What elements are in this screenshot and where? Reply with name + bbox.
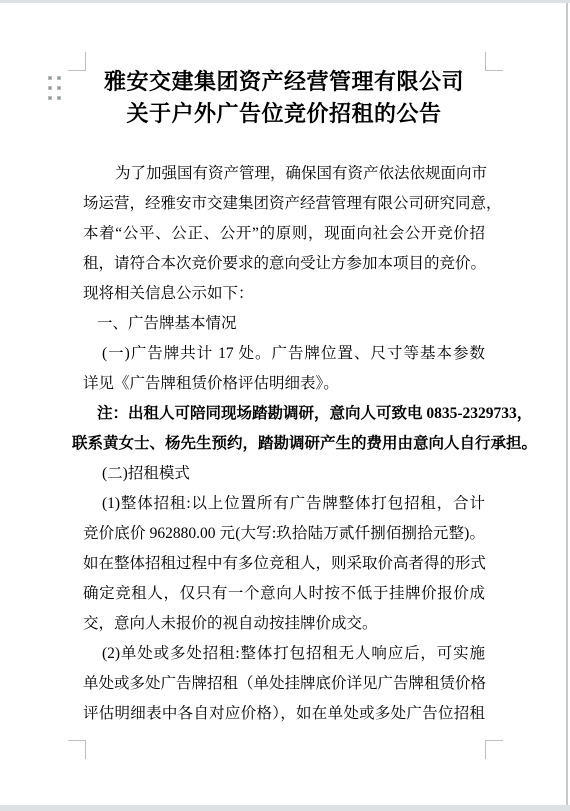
document-line: 一、广告牌基本情况 [83,309,485,339]
document-line: 如在整体招租过程中有多位竞租人，则采取价高者得的形式 [83,549,485,579]
document-line: 详见《广告牌租赁价格评估明细表》。 [83,369,485,399]
document-line: 为了加强国有资产管理，确保国有资产依法依规面向市 [83,159,485,189]
document-line: (1)整体招租:以上位置所有广告牌整体打包招租，合计 [83,489,485,519]
dot [57,76,61,80]
dot-row [48,96,62,100]
text-boundary-mark-bottom-right [485,740,503,759]
document-line: 评估明细表中各自对应价格），如在单处或多处广告位招租 [83,699,485,729]
document-line: 租，请符合本次竞价要求的意向受让方参加本项目的竞价。 [83,249,485,279]
document-title-line-2: 关于户外广告位竞价招租的公告 [83,98,485,130]
document-body: 为了加强国有资产管理，确保国有资产依法依规面向市场运营，经雅安市交建集团资产经营… [83,159,485,729]
dot [48,96,52,100]
dot-row [48,76,62,80]
page-edge-line [566,3,568,805]
app-background-top [0,0,570,3]
document-line: 本着“公平、公正、公开”的原则，现面向社会公开竞价招 [83,219,485,249]
dot [48,76,52,80]
dot-row [48,86,62,90]
document-content: 雅安交建集团资产经营管理有限公司 关于户外广告位竞价招租的公告 为了加强国有资产… [83,66,485,729]
document-line: 交，意向人未报价的视自动按挂牌价成交。 [83,609,485,639]
document-line: 场运营，经雅安市交建集团资产经营管理有限公司研究同意， [83,189,485,219]
document-line: 单处或多处广告牌招租（单处挂牌底价详见广告牌租赁价格 [83,669,485,699]
dot [57,96,61,100]
drag-handle-dots-icon[interactable] [48,76,62,101]
dot [48,86,52,90]
document-line: (一)广告牌共计 17 处。广告牌位置、尺寸等基本参数 [83,339,485,369]
document-page: 雅安交建集团资产经营管理有限公司 关于户外广告位竞价招租的公告 为了加强国有资产… [0,0,570,811]
text-boundary-mark-top-right [485,52,503,71]
document-title-line-1: 雅安交建集团资产经营管理有限公司 [83,66,485,98]
document-line: 竞价底价 962880.00 元(大写:玖拾陆万贰仟捌佰捌拾元整)。 [83,519,485,549]
document-line: 注：出租人可陪同现场踏勘调研，意向人可致电 0835-2329733， [72,399,537,429]
dot [57,86,61,90]
text-boundary-mark-bottom-left [68,740,86,759]
document-line: 联系黄女士、杨先生预约，踏勘调研产生的费用由意向人自行承担。 [72,429,537,459]
app-background-bottom [0,805,570,811]
document-line: 现将相关信息公示如下： [83,279,485,309]
document-line: (二)招租模式 [83,459,485,489]
document-line: 确定竞租人，仅只有一个意向人时按不低于挂牌价报价成 [83,579,485,609]
document-line: (2)单处或多处招租:整体打包招租无人响应后，可实施 [83,639,485,669]
